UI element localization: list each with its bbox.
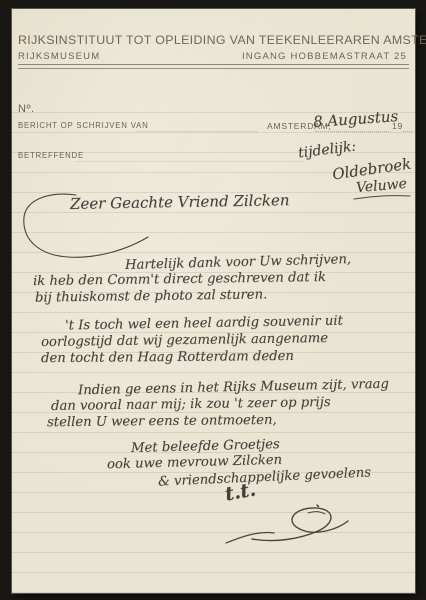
- year-dotted-line: [403, 130, 412, 132]
- body-line: oorlogstijd dat wij gezamenlijk aangenam…: [41, 331, 328, 350]
- body-line: den tocht den Haag Rotterdam deden: [41, 349, 294, 366]
- letterhead-institute: RIJKSINSTITUUT TOT OPLEIDING VAN TEEKENL…: [18, 33, 426, 47]
- body-line: stellen U weer eens te ontmoeten,: [47, 413, 277, 430]
- signature-flourish: [222, 501, 357, 551]
- scanned-letter-photo: { "letterhead": { "institute": "RIJKSINS…: [0, 0, 426, 600]
- handwritten-location-line1: tijdelijk:: [297, 139, 357, 162]
- letterhead-rule: [18, 64, 409, 69]
- body-line: Indien ge eens in het Rijks Museum zijt,…: [78, 377, 389, 399]
- body-line: ik heb den Comm't direct geschreven dat …: [33, 270, 326, 289]
- form-bericht-label: BERICHT OP SCHRIJVEN VAN: [18, 121, 149, 130]
- letterhead-entrance: INGANG HOBBEMASTRAAT 25: [242, 51, 407, 62]
- form-no-label: Nº.: [18, 103, 35, 115]
- form-betreffende-label: BETREFFENDE: [18, 151, 84, 160]
- handwritten-date: 8 Augustus: [312, 107, 398, 131]
- letterhead-museum: RIJKSMUSEUM: [18, 51, 100, 62]
- betreffende-dotted-line: [76, 160, 306, 162]
- date-dotted-line: [315, 130, 389, 132]
- veluwe-underline-flourish: [352, 193, 412, 201]
- body-line: bij thuiskomst de photo zal sturen.: [35, 287, 267, 305]
- bericht-dotted-line: [137, 130, 257, 132]
- letter-paper: RIJKSINSTITUUT TOT OPLEIDING VAN TEEKENL…: [12, 9, 415, 593]
- body-line: dan vooral naar mij; ik zou 't zeer op p…: [51, 395, 331, 414]
